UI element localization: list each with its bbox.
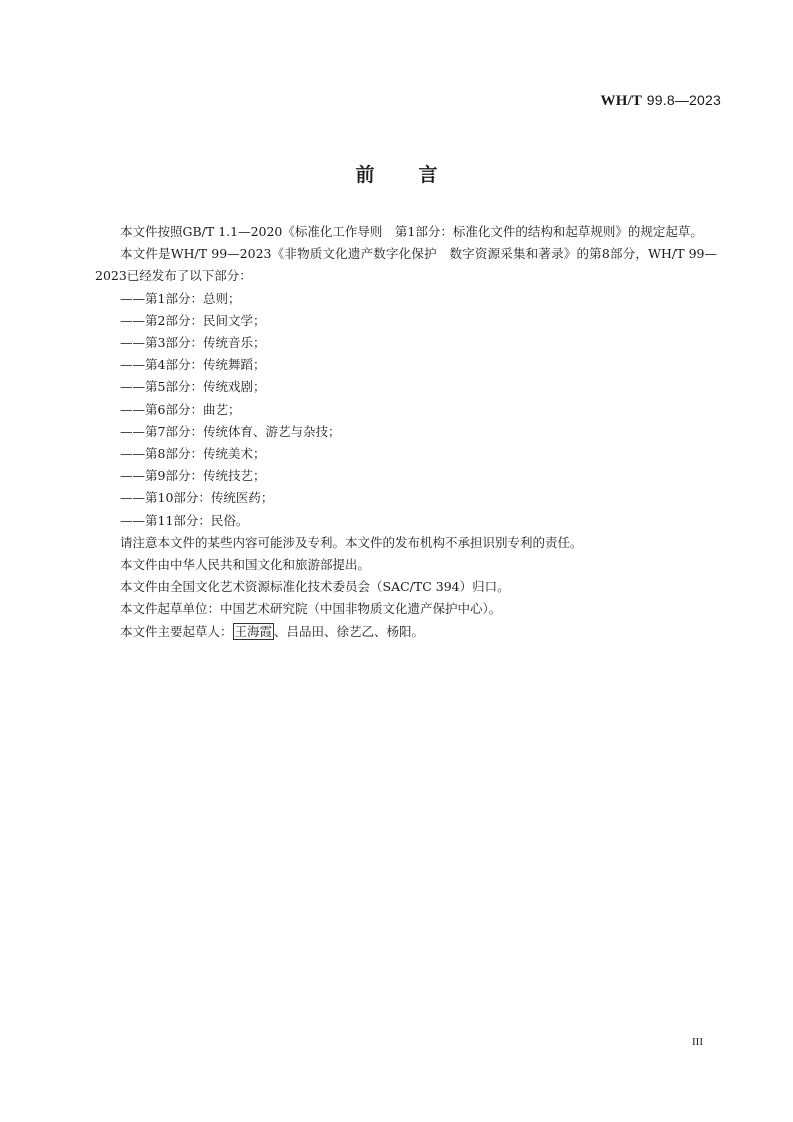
standard-code: WH/T 99.8—2023 xyxy=(601,92,722,110)
patent-notice: 请注意本文件的某些内容可能涉及专利。本文件的发布机构不承担识别专利的责任。 xyxy=(95,532,717,554)
list-item: ——第9部分：传统技艺； xyxy=(95,465,717,487)
list-item: ——第6部分：曲艺； xyxy=(95,399,717,421)
page-number: III xyxy=(692,1036,703,1048)
list-item: ——第10部分：传统医药； xyxy=(95,487,717,509)
list-item: ——第5部分：传统戏剧； xyxy=(95,376,717,398)
parts-list: ——第1部分：总则； ——第2部分：民间文学； ——第3部分：传统音乐； ——第… xyxy=(95,288,717,532)
list-item: ——第2部分：民间文学； xyxy=(95,310,717,332)
drafter-boxed-name: 王海霞 xyxy=(233,623,275,640)
drafters-label: 本文件主要起草人： xyxy=(120,624,233,639)
centralized-by: 本文件由全国文化艺术资源标准化技术委员会（SAC/TC 394）归口。 xyxy=(95,576,717,598)
list-item: ——第8部分：传统美术； xyxy=(95,443,717,465)
list-item: ——第4部分：传统舞蹈； xyxy=(95,354,717,376)
standard-code-number: 99.8—2023 xyxy=(647,92,721,108)
paragraph-drafting-rules: 本文件按照GB/T 1.1—2020《标准化工作导则 第1部分：标准化文件的结构… xyxy=(95,221,717,243)
list-item: ——第7部分：传统体育、游艺与杂技； xyxy=(95,421,717,443)
proposed-by: 本文件由中华人民共和国文化和旅游部提出。 xyxy=(95,554,717,576)
foreword-body: 本文件按照GB/T 1.1—2020《标准化工作导则 第1部分：标准化文件的结构… xyxy=(95,221,717,643)
list-item: ——第3部分：传统音乐； xyxy=(95,332,717,354)
list-item: ——第1部分：总则； xyxy=(95,288,717,310)
main-drafters: 本文件主要起草人：王海霞、吕品田、徐艺乙、杨阳。 xyxy=(95,621,717,643)
standard-code-prefix: WH/T xyxy=(601,93,643,109)
list-item: ——第11部分：民俗。 xyxy=(95,510,717,532)
paragraph-series-info: 本文件是WH/T 99—2023《非物质文化遗产数字化保护 数字资源采集和著录》… xyxy=(95,243,717,287)
drafting-unit: 本文件起草单位：中国艺术研究院（中国非物质文化遗产保护中心）。 xyxy=(95,598,717,620)
drafters-others: 、吕品田、徐艺乙、杨阳。 xyxy=(274,624,424,639)
page-title: 前言 xyxy=(0,160,793,187)
